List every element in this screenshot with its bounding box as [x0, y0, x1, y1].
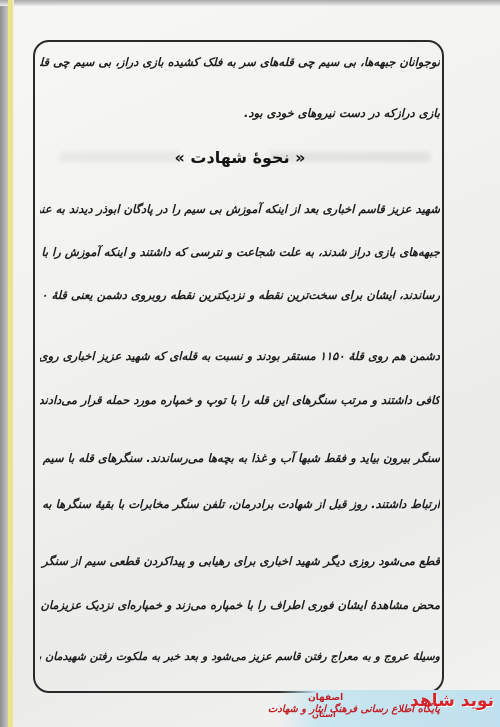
body-line: محض مشاهدهٔ ایشان فوری اطراف را با خمپار… — [40, 598, 440, 612]
watermark-org-text: پایگاه اطلاع رسانی فرهنگ ایثار و شهادت — [268, 704, 440, 715]
intro-line: نوجوانان جبهه‌ها، بی سیم چی قله‌های سر ب… — [40, 55, 440, 69]
scan-yellow-strip — [8, 0, 14, 727]
body-line: کافی داشتند و مرتب سنگرهای این قله را با… — [40, 393, 440, 407]
body-line: وسیلهٔ عروج و به معراج رفتن قاسم عزیز می… — [40, 650, 440, 663]
site-watermark: نوید شاهد پایگاه اطلاع رسانی فرهنگ ایثار… — [278, 690, 500, 727]
body-line: قطع می‌شود روزی دیگر شهید اخباری برای ره… — [40, 554, 440, 568]
body-line: جبهه‌های بازی دراز شدند، به علت شجاعت و … — [40, 245, 440, 259]
body-line: رساندند، ایشان برای سخت‌ترین نقطه و نزدی… — [40, 288, 440, 302]
watermark-province-name: اصفهان — [308, 693, 343, 703]
body-line: سنگر بیرون بیاید و فقط شبها آب و غذا به … — [40, 451, 440, 465]
body-line: شهید عزیز قاسم اخباری بعد از اینکه آموزش… — [40, 202, 440, 216]
page-border-frame — [33, 40, 444, 693]
watermark-province-label: استان — [312, 710, 336, 719]
section-title: « نحوهٔ شهادت » — [40, 148, 440, 167]
scan-edge-left — [0, 0, 8, 727]
body-line: دشمن هم روی قلهٔ ۱۱۵۰ مستقر بودند و نسبت… — [40, 349, 440, 363]
intro-line: بازی درازکه در دست نیروهای خودی بود. — [40, 106, 440, 120]
body-line: ارتباط داشتند. روز قبل از شهادت برادرمان… — [40, 497, 440, 511]
